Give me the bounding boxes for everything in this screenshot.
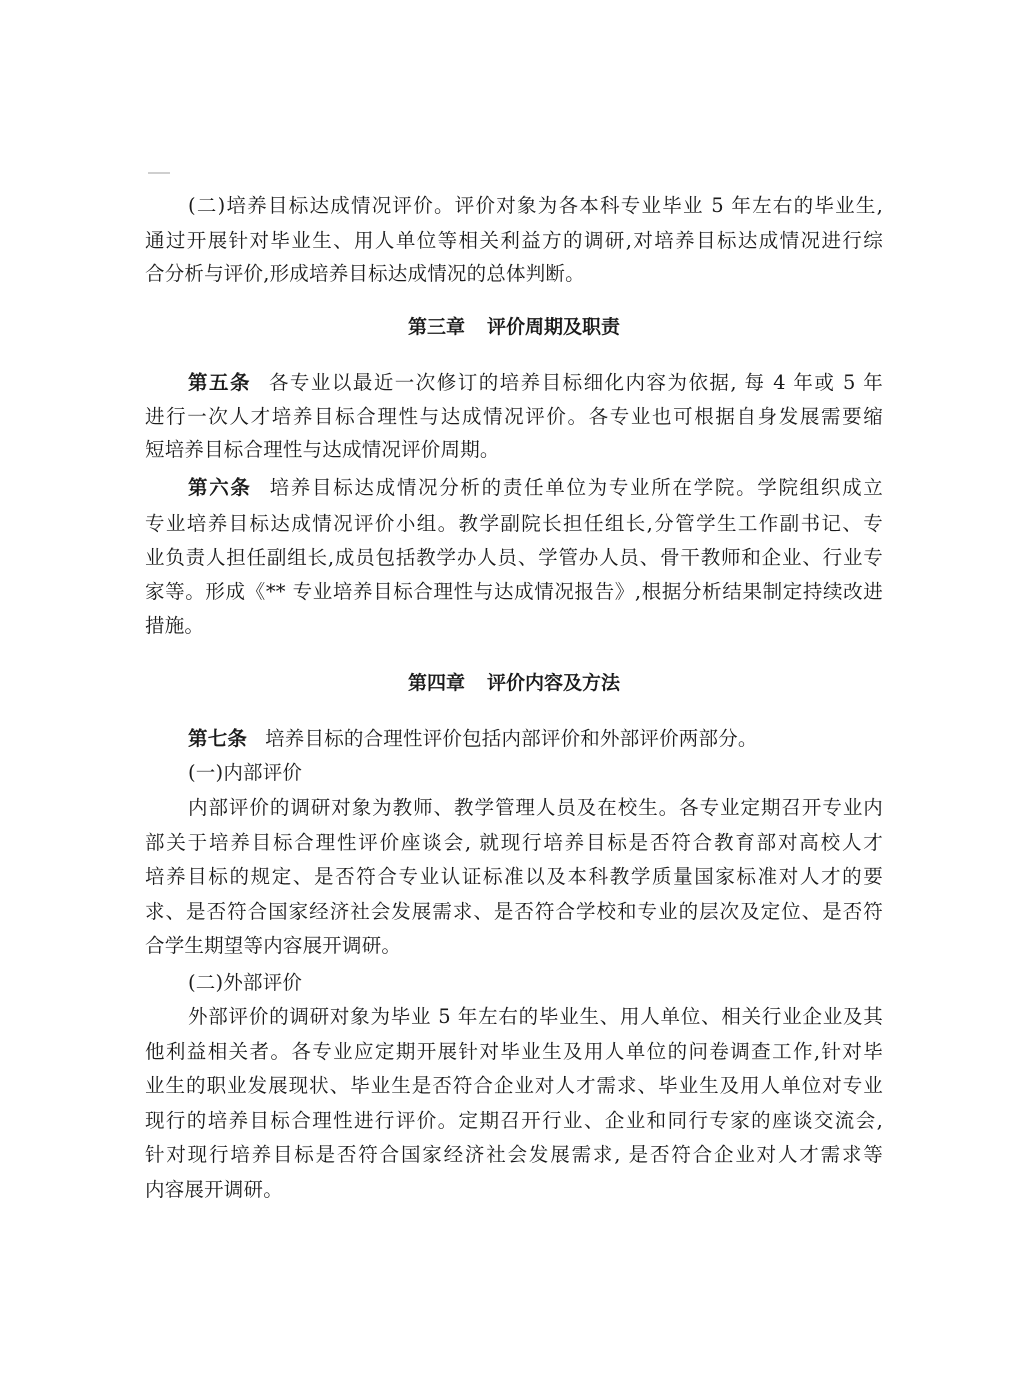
chapter-title: 评价周期及职责 — [487, 316, 620, 338]
chapter-number: 第三章 — [408, 316, 465, 338]
article-label: 第六条 — [188, 476, 252, 499]
paragraph-line: 短培养目标合理性与达成情况评价周期。 — [145, 433, 883, 466]
paragraph-line: 专业培养目标达成情况评价小组。教学副院长担任组长,分管学生工作副书记、专 — [145, 507, 883, 540]
paragraph-line: 部关于培养目标合理性评价座谈会, 就现行培养目标是否符合教育部对高校人才 — [145, 826, 883, 859]
paragraph-line: 他利益相关者。各专业应定期开展针对毕业生及用人单位的问卷调查工作,针对毕 — [145, 1035, 883, 1068]
paragraph-line: 家等。形成《** 专业培养目标合理性与达成情况报告》,根据分析结果制定持续改进 — [145, 575, 883, 608]
article-text: 各专业以最近一次修订的培养目标细化内容为依据, 每 4 年或 5 年 — [269, 371, 883, 394]
paragraph-line: 通过开展针对毕业生、用人单位等相关利益方的调研,对培养目标达成情况进行综 — [145, 224, 883, 257]
paragraph-line: 第六条培养目标达成情况分析的责任单位为专业所在学院。学院组织成立 — [188, 471, 883, 504]
chapter-4-heading: 第四章评价内容及方法 — [145, 667, 883, 700]
paragraph-line: (二)培养目标达成情况评价。评价对象为各本科专业毕业 5 年左右的毕业生, — [188, 189, 883, 222]
paragraph-line: 内容展开调研。 — [145, 1173, 883, 1206]
paragraph-line: 现行的培养目标合理性进行评价。定期召开行业、企业和同行专家的座谈交流会, — [145, 1104, 883, 1137]
scan-mark — [148, 172, 170, 174]
paragraph-line: 合学生期望等内容展开调研。 — [145, 929, 883, 962]
chapter-3-heading: 第三章评价周期及职责 — [145, 311, 883, 344]
article-7: 第七条培养目标的合理性评价包括内部评价和外部评价两部分。 — [188, 722, 883, 755]
external-evaluation-heading: (二)外部评价 — [188, 966, 883, 999]
article-text: 培养目标的合理性评价包括内部评价和外部评价两部分。 — [265, 727, 758, 750]
paragraph-line: 培养目标的规定、是否符合专业认证标准以及本科教学质量国家标准对人才的要 — [145, 860, 883, 893]
paragraph-line: 针对现行培养目标是否符合国家经济社会发展需求, 是否符合企业对人才需求等 — [145, 1138, 883, 1171]
article-text: 培养目标达成情况分析的责任单位为专业所在学院。学院组织成立 — [270, 476, 883, 499]
paragraph-line: 内部评价的调研对象为教师、教学管理人员及在校生。各专业定期召开专业内 — [188, 791, 883, 824]
chapter-number: 第四章 — [408, 672, 465, 694]
internal-evaluation-heading: (一)内部评价 — [188, 756, 883, 789]
article-label: 第七条 — [188, 727, 247, 750]
article-label: 第五条 — [188, 371, 251, 394]
paragraph-line: 求、是否符合国家经济社会发展需求、是否符合学校和专业的层次及定位、是否符 — [145, 895, 883, 928]
paragraph-line: 进行一次人才培养目标合理性与达成情况评价。各专业也可根据自身发展需要缩 — [145, 400, 883, 433]
paragraph-line: 业生的职业发展现状、毕业生是否符合企业对人才需求、毕业生及用人单位对专业 — [145, 1069, 883, 1102]
paragraph-line: 外部评价的调研对象为毕业 5 年左右的毕业生、用人单位、相关行业企业及其 — [188, 1000, 883, 1033]
chapter-title: 评价内容及方法 — [487, 672, 620, 694]
paragraph-line: 合分析与评价,形成培养目标达成情况的总体判断。 — [145, 257, 883, 290]
document-page: (二)培养目标达成情况评价。评价对象为各本科专业毕业 5 年左右的毕业生, 通过… — [0, 0, 1024, 1379]
paragraph-line: 业负责人担任副组长,成员包括教学办人员、学管办人员、骨干教师和企业、行业专 — [145, 541, 883, 574]
paragraph-line: 措施。 — [145, 609, 883, 642]
paragraph-line: 第五条各专业以最近一次修订的培养目标细化内容为依据, 每 4 年或 5 年 — [188, 366, 883, 399]
